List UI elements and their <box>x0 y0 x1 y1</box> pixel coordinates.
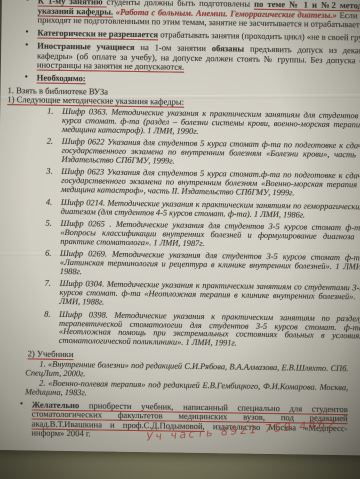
method-item: 4.Шифр 0214. Методические указания к пра… <box>46 198 360 221</box>
method-item: 7.Шифр 0304. Методические указания к пра… <box>44 280 360 311</box>
item-number: 5. <box>45 220 51 229</box>
item-text: Шифр 0363. Методические указания к практ… <box>62 107 360 136</box>
item-text: Шифр 0623 Указания для студентов 5 курса… <box>61 167 360 197</box>
item-number: 4. <box>46 198 52 207</box>
method-item: 2.Шифр 0622 Указания для студентов 5 кур… <box>46 138 360 169</box>
method-item: 5.Шифр 0265 . Методические указания для … <box>45 220 360 251</box>
item-text: «Военно-полевая терапия» под редакцией Е… <box>25 379 348 398</box>
item-text: Шифр 0304. Методические указания к практ… <box>59 279 360 306</box>
item-number: 2. <box>47 138 53 147</box>
document-page: •К 1-му занятию студенты должны быть под… <box>0 0 360 456</box>
bullet-icon: • <box>25 72 28 82</box>
heading-text: 1) Следующие методические указания кафед… <box>7 94 184 107</box>
item-text: Шифр 0265 . Методические указания для ст… <box>60 219 360 248</box>
text-segment: иностранцы на занятия не допускаются. <box>37 60 184 72</box>
item-text: Шифр 0269. Методические указания для сту… <box>60 249 360 276</box>
item-text: Шифр 0214. Методические указания к практ… <box>61 198 360 220</box>
item-number: 6. <box>45 250 51 259</box>
bullet-icon: • <box>25 40 28 50</box>
document-content: •К 1-му занятию студенты должны быть под… <box>0 0 360 443</box>
item-number: 8. <box>44 310 50 319</box>
text-segment: отрабатывать занятия (проходить цикл) «н… <box>158 29 360 42</box>
item-number: 7. <box>45 280 51 289</box>
method-item: 6.Шифр 0269. Методические указания для с… <box>45 250 360 281</box>
bullet-icon: • <box>20 399 23 408</box>
item-text: Шифр 0398. Методические указания к практ… <box>59 310 360 348</box>
heading-text: 2) Учебники <box>28 348 74 359</box>
photo-background: •К 1-му занятию студенты должны быть под… <box>0 0 360 479</box>
item-number: 1. <box>47 108 53 117</box>
method-item: 1.Шифр 0363. Методические указания к пра… <box>47 108 360 139</box>
bullet-icon: • <box>25 27 28 37</box>
item-number: 3. <box>46 168 52 177</box>
text-segment: Категорически не разрешается <box>37 28 158 40</box>
textbook-item: 2. «Военно-полевая терапия» под редакцие… <box>25 380 348 403</box>
paragraph-foreign-students: •Иностранные учащиеся на 1-ом занятии об… <box>6 41 360 76</box>
paragraph-lesson-preparation: •К 1-му занятию студенты должны быть под… <box>6 0 360 31</box>
text-segment: Необходимо: <box>37 72 86 83</box>
method-item: 3.Шифр 0623 Указания для студентов 5 кур… <box>46 168 360 199</box>
item-text: «Внутренние болезни» под редакцией С.И.Р… <box>25 360 348 378</box>
bullet-icon: • <box>26 0 29 5</box>
method-item: 8.Шифр 0398. Методические указания к пра… <box>44 310 360 350</box>
item-text: Шифр 0622 Указания для студентов 5 курса… <box>61 137 360 165</box>
